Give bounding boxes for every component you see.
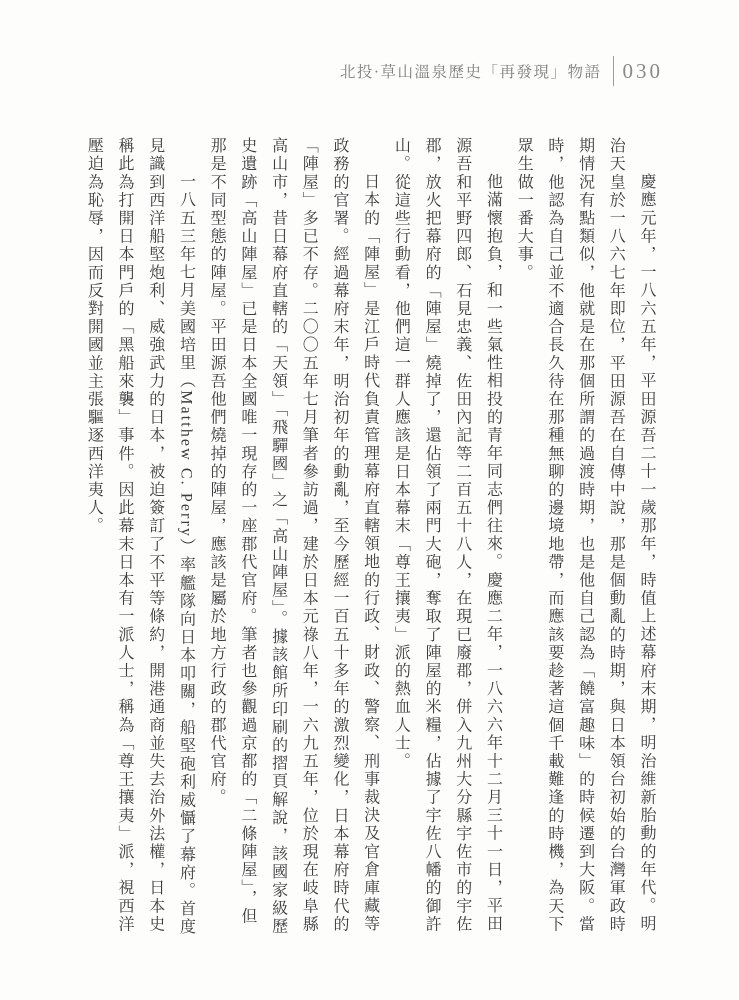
running-title: 北投·草山溫泉歷史「再發現」物語 bbox=[340, 60, 602, 82]
paragraph-keiou-gannen: 慶應元年，一八六五年，平田源吾二十一歲那年，時值上述幕府末期，明治維新胎動的年代… bbox=[507, 137, 661, 940]
paragraph-jinya-explanation: 日本的「陣屋」是江戶時代負責管理幕府直轄領地的行政、財政、警察、刑事裁決及官倉庫… bbox=[200, 137, 384, 940]
paragraph-perry-black-ships: 一八五三年七月美國培里（Matthew C. Perry）率艦隊向日本叩關，船堅… bbox=[78, 137, 201, 940]
page-number: 030 bbox=[623, 59, 664, 84]
header-divider bbox=[613, 56, 614, 86]
running-header: 北投·草山溫泉歷史「再發現」物語 030 bbox=[340, 56, 663, 86]
paragraph-keiou-ninen-uprising: 他滿懷抱負，和一些氣性相投的青年同志們往來。慶應二年，一八六六年十二月三十一日，… bbox=[385, 137, 508, 940]
body-text: 慶應元年，一八六五年，平田源吾二十一歲那年，時值上述幕府末期，明治維新胎動的年代… bbox=[78, 137, 661, 940]
book-page: 北投·草山溫泉歷史「再發現」物語 030 慶應元年，一八六五年，平田源吾二十一歲… bbox=[0, 0, 739, 1000]
